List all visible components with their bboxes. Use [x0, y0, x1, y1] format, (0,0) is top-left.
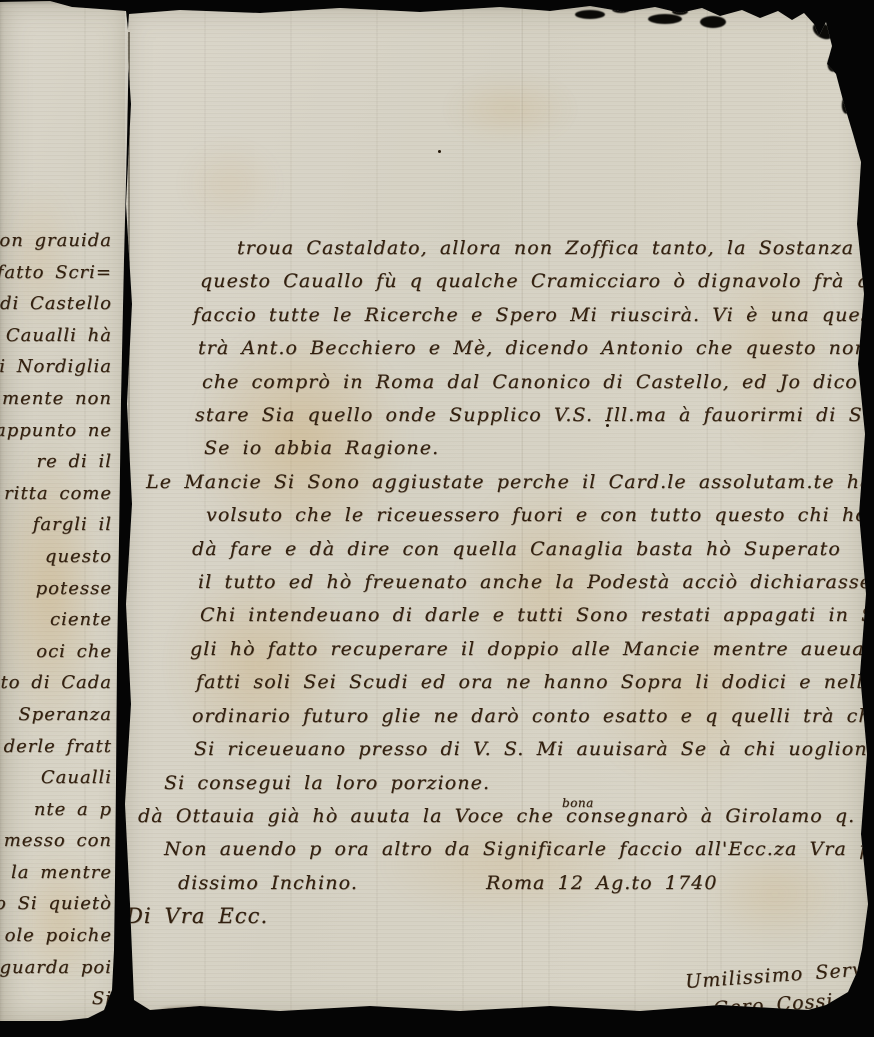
handwriting-line: fatti soli Sei Scudi ed ora ne hanno Sop… — [196, 666, 872, 699]
left-page-line-fragment: guarda poi — [0, 952, 112, 984]
paper-stain — [160, 124, 300, 244]
paragraph-2: Le Mancie Si Sono aggiustate perche il C… — [120, 466, 872, 800]
letter-body: troua Castaldato, allora non Zoffica tan… — [120, 232, 872, 934]
signature-block: Umilissimo Servitore Gero Cossi — [684, 952, 874, 1026]
left-page-line-fragment: onto di Cada — [0, 667, 112, 699]
left-page-line-fragment: messo con — [0, 825, 112, 857]
left-page-line-fragment: ole poiche — [0, 920, 112, 952]
handwriting-line: Si riceueuano presso di V. S. Mi auuisar… — [194, 733, 872, 766]
burn-mark — [612, 6, 630, 13]
left-page-line-fragment: mi Nordiglia — [0, 351, 112, 383]
left-page-line-fragment: Caualli hà — [0, 320, 112, 352]
handwriting-line: trà Ant.o Becchiero e Mè, dicendo Antoni… — [198, 332, 872, 365]
binding-crease — [128, 32, 130, 592]
left-page-line-fragment: nte a p — [0, 794, 112, 826]
dateline: Roma 12 Ag.to 1740 — [486, 867, 718, 900]
left-page-line-fragment: Si — [0, 983, 112, 1015]
left-page-line-fragment: fargli il — [0, 509, 112, 541]
burn-mark — [672, 8, 688, 15]
handwriting-text: dissimo Inchino. — [178, 867, 358, 900]
left-page-line-fragment: ritta come — [0, 478, 112, 510]
left-page-line-fragment: la mentre — [0, 857, 112, 889]
left-page-line-fragment: mente non — [0, 383, 112, 415]
left-page-line-fragment: potesse — [0, 573, 112, 605]
left-page: non grauidahò fatto Scri=di CastelloCaua… — [0, 0, 132, 1024]
ink-smudge — [160, 1008, 230, 1016]
burn-mark — [648, 14, 682, 24]
burn-mark — [575, 10, 605, 19]
handwriting-line: dà fare e dà dire con quella Canaglia ba… — [192, 533, 872, 566]
handwriting-line: che comprò in Roma dal Canonico di Caste… — [202, 366, 872, 399]
left-page-line-fragment: ciente — [0, 604, 112, 636]
burn-mark — [840, 91, 856, 115]
manuscript-photo: non grauidahò fatto Scri=di CastelloCaua… — [0, 0, 874, 1037]
handwriting-text: dà Ottauia già hò auuta la Voce che cons… — [138, 805, 874, 827]
handwriting-line: Chi intendeuano di darle e tutti Sono re… — [200, 599, 872, 632]
handwriting-line: il tutto ed hò freuenato anche la Podest… — [198, 566, 872, 599]
handwriting-line: faccio tutte le Ricerche e Spero Mi rius… — [193, 299, 872, 332]
left-page-line-fragment: questo — [0, 541, 112, 573]
handwriting-line: Non auendo p ora altro da Significarle f… — [164, 833, 872, 866]
ink-speck — [438, 150, 441, 153]
left-page-line-fragment: non grauida — [0, 225, 112, 257]
interlinear-insertion: bona — [562, 787, 594, 820]
left-page-line-fragment: cino Si quietò — [0, 888, 112, 920]
paper-stain — [420, 64, 600, 154]
handwriting-line: ordinario futuro glie ne darò conto esat… — [192, 700, 872, 733]
left-page-line-fragment: appunto ne — [0, 415, 112, 447]
main-page: troua Castaldato, allora non Zoffica tan… — [120, 4, 872, 1018]
left-page-line-fragment: oci che — [0, 636, 112, 668]
left-page-line-fragment: re di il — [0, 446, 112, 478]
burn-mark — [700, 16, 726, 28]
handwriting-line: Se io abbia Ragione. — [204, 432, 872, 465]
handwriting-line: Le Mancie Si Sono aggiustate perche il C… — [146, 466, 872, 499]
left-page-line-fragment: di Castello — [0, 288, 112, 320]
handwriting-line: volsuto che le riceuessero fuori e con t… — [206, 499, 872, 532]
paragraph-1: troua Castaldato, allora non Zoffica tan… — [120, 232, 872, 466]
left-page-text: non grauidahò fatto Scri=di CastelloCaua… — [0, 225, 112, 1015]
left-page-line-fragment: Speranza — [0, 699, 112, 731]
handwriting-line: questo Cauallo fù q qualche Cramicciaro … — [200, 265, 872, 298]
closing-salutation: Di Vra Ecc. — [126, 900, 872, 933]
paragraph-3: dà Ottauia già hò auuta la Voce che cons… — [120, 800, 872, 934]
burn-mark — [825, 50, 845, 74]
handwriting-line: stare Sia quello onde Supplico V.S. Ill.… — [195, 399, 872, 432]
left-page-line-fragment: Caualli — [0, 762, 112, 794]
handwriting-line: troua Castaldato, allora non Zoffica tan… — [237, 232, 872, 265]
handwriting-line: dà Ottauia già hò auuta la Voce che cons… — [138, 800, 872, 833]
handwriting-line: dissimo Inchino. Roma 12 Ag.to 1740 — [178, 867, 872, 900]
left-page-line-fragment: hò fatto Scri= — [0, 257, 112, 289]
left-page-line-fragment: derle fratt — [0, 731, 112, 763]
burn-mark — [810, 19, 836, 42]
handwriting-line: gli hò fatto recuperare il doppio alle M… — [190, 633, 872, 666]
handwriting-line: Si consegui la loro porzione. — [164, 767, 872, 800]
